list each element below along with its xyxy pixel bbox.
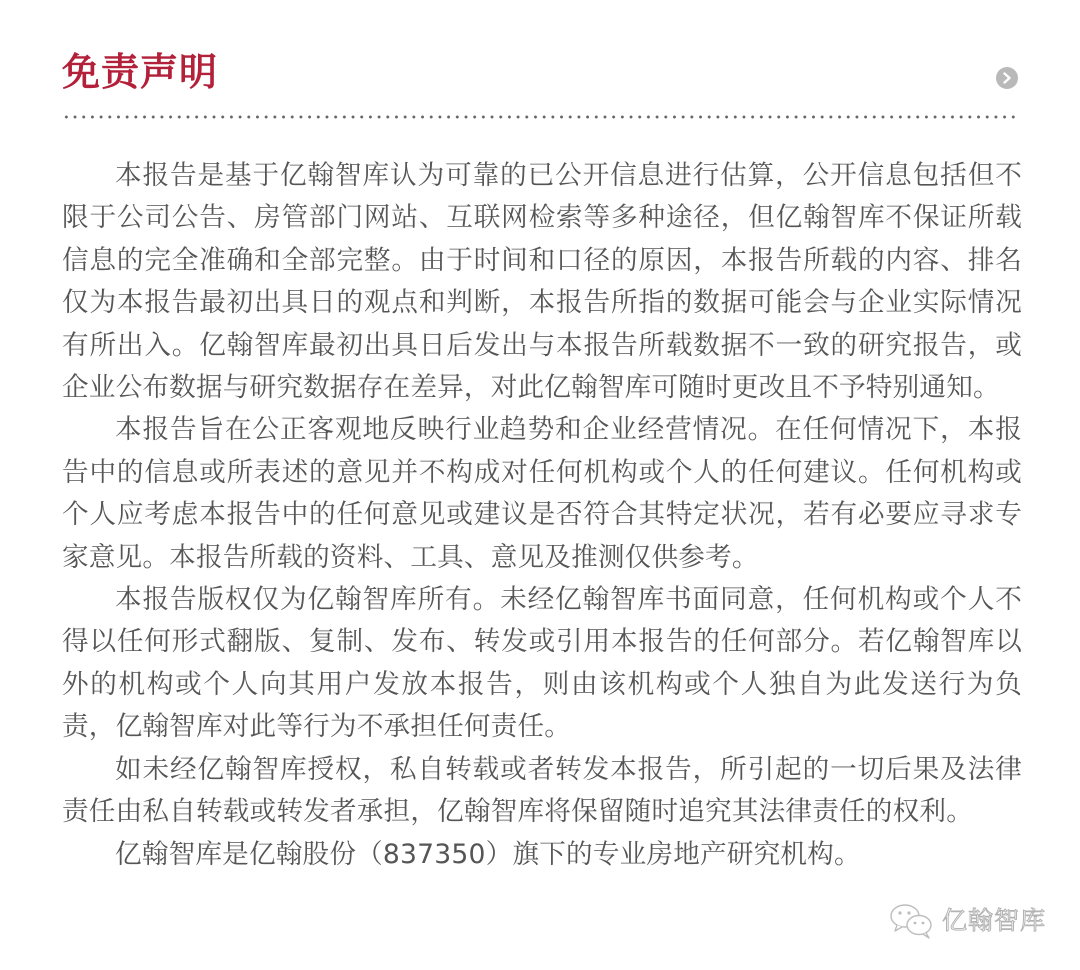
paragraph-about: 亿翰智库是亿翰股份（837350）旗下的专业房地产研究机构。 (62, 834, 1022, 876)
watermark: 亿翰智库 (888, 902, 1046, 940)
next-button[interactable] (996, 67, 1018, 89)
disclaimer-body: 本报告是基于亿翰智库认为可靠的已公开信息进行估算，公开信息包括但不限于公司公告、… (62, 155, 1022, 876)
paragraph-unauthorized-use: 如未经亿翰智库授权，私自转载或者转发本报告，所引起的一切后果及法律责任由私自转载… (62, 749, 1022, 834)
page-title: 免责声明 (62, 48, 218, 96)
paragraph-data-sources: 本报告是基于亿翰智库认为可靠的已公开信息进行估算，公开信息包括但不限于公司公告、… (62, 155, 1022, 409)
wechat-icon (888, 902, 936, 940)
section-header: 免责声明 (62, 46, 1020, 120)
dotted-divider (62, 115, 1020, 119)
chevron-right-icon (1002, 72, 1012, 84)
paragraph-copyright: 本报告版权仅为亿翰智库所有。未经亿翰智库书面同意，任何机构或个人不得以任何形式翻… (62, 579, 1022, 749)
watermark-text: 亿翰智库 (942, 905, 1046, 937)
paragraph-objectivity: 本报告旨在公正客观地反映行业趋势和企业经营情况。在任何情况下，本报告中的信息或所… (62, 409, 1022, 579)
